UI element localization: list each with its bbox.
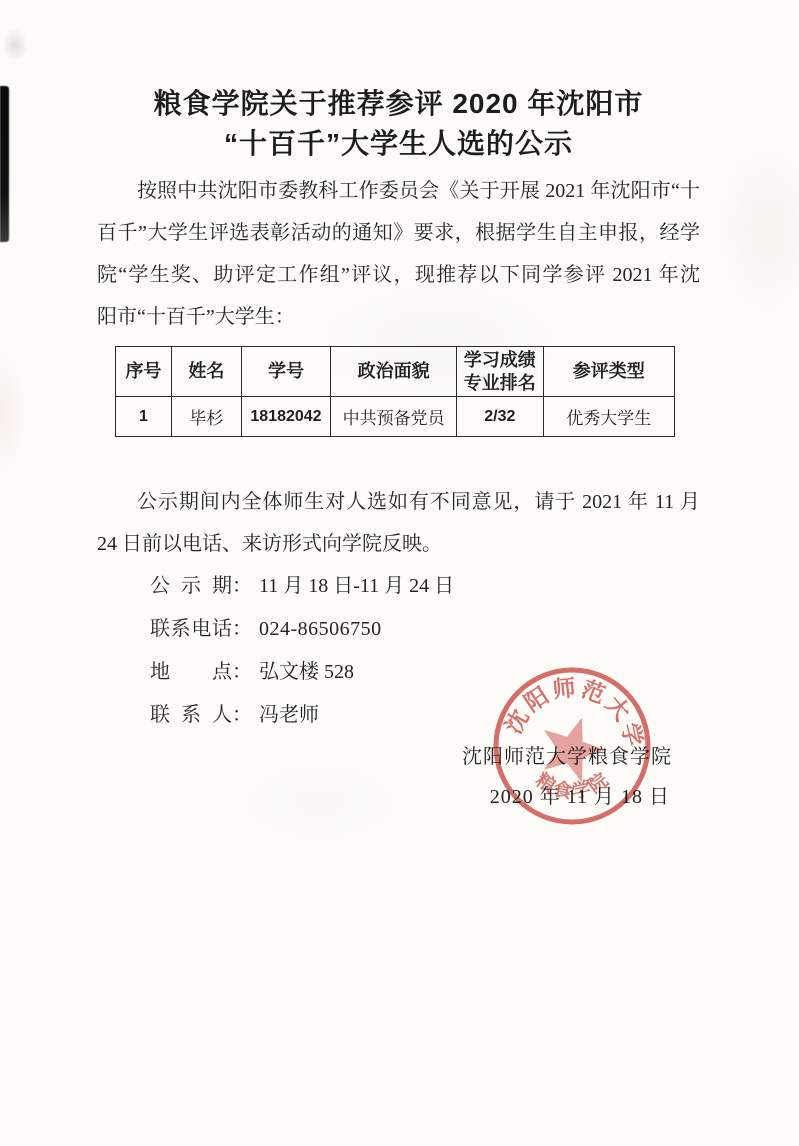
cell-rank: 2/32 <box>456 397 543 437</box>
signature-block: 沈阳师范大学粮食学院 2020 年 11 月 18 日 <box>97 737 700 817</box>
colon: ： <box>232 618 252 640</box>
table-header-row: 序号 姓名 学号 政治面貌 学习成绩 专业排名 参评类型 <box>116 347 675 397</box>
signature-org: 沈阳师范大学粮食学院 <box>97 737 672 777</box>
cell-serial: 1 <box>116 397 172 437</box>
cell-category: 优秀大学生 <box>543 397 674 437</box>
contact-info: 公示期：11 月 18 日-11 月 24 日 联系电话：024-8650675… <box>97 565 700 737</box>
colon: ： <box>232 575 252 597</box>
publicity-period-value: 11 月 18 日-11 月 24 日 <box>259 575 454 597</box>
cell-political-status: 中共预备党员 <box>331 397 457 437</box>
phone-line: 联系电话：024-86506750 <box>97 608 700 651</box>
header-student-id: 学号 <box>241 347 330 397</box>
contact-person-label: 联系人 <box>150 694 232 737</box>
paragraph-line: 公示期间内全体师生对人选如有不同意见，请于 2021 年 11 月 <box>97 481 700 523</box>
cell-student-id: 18182042 <box>241 397 330 437</box>
cell-name: 毕杉 <box>171 397 241 437</box>
paragraph-line: 按照中共沈阳市委教科工作委员会《关于开展 2021 年沈阳市“十 <box>97 170 700 212</box>
candidate-table: 序号 姓名 学号 政治面貌 学习成绩 专业排名 参评类型 1 毕杉 181820… <box>115 346 675 437</box>
location-line: 地点：弘文楼 528 <box>97 651 700 694</box>
paragraph-line: 百千”大学生评选表彰活动的通知》要求，根据学生自主申报，经学 <box>97 212 700 254</box>
header-name: 姓名 <box>171 347 241 397</box>
location-value: 弘文楼 528 <box>259 661 354 683</box>
location-label: 地点 <box>150 651 232 694</box>
notice-paragraph: 公示期间内全体师生对人选如有不同意见，请于 2021 年 11 月 24 日前以… <box>97 481 700 565</box>
signature-date: 2020 年 11 月 18 日 <box>97 777 672 817</box>
document-page: 粮食学院关于推荐参评 2020 年沈阳市 “十百千”大学生人选的公示 按照中共沈… <box>0 0 799 1146</box>
header-political-status: 政治面貌 <box>331 347 457 397</box>
table-row: 1 毕杉 18182042 中共预备党员 2/32 优秀大学生 <box>116 397 675 437</box>
colon: ： <box>232 704 252 726</box>
paragraph-line: 阳市“十百千”大学生： <box>97 296 700 338</box>
title-line-1: 粮食学院关于推荐参评 2020 年沈阳市 <box>97 84 700 124</box>
scan-smudge <box>2 28 28 62</box>
contact-person-line: 联系人：冯老师 <box>97 694 700 737</box>
contact-person-value: 冯老师 <box>259 704 319 726</box>
document-title: 粮食学院关于推荐参评 2020 年沈阳市 “十百千”大学生人选的公示 <box>97 0 700 164</box>
colon: ： <box>232 661 252 683</box>
publicity-period-line: 公示期：11 月 18 日-11 月 24 日 <box>97 565 700 608</box>
phone-label: 联系电话 <box>150 608 232 651</box>
publicity-period-label: 公示期 <box>150 565 232 608</box>
paragraph-line: 24 日前以电话、来访形式向学院反映。 <box>97 523 700 565</box>
header-serial: 序号 <box>116 347 172 397</box>
scan-edge-artifact <box>0 86 9 242</box>
paragraph-line: 院“学生奖、助评定工作组”评议，现推荐以下同学参评 2021 年沈 <box>97 254 700 296</box>
intro-paragraph: 按照中共沈阳市委教科工作委员会《关于开展 2021 年沈阳市“十 百千”大学生评… <box>97 170 700 338</box>
phone-value: 024-86506750 <box>259 618 382 640</box>
header-category: 参评类型 <box>543 347 674 397</box>
title-line-2: “十百千”大学生人选的公示 <box>97 124 700 164</box>
header-rank: 学习成绩 专业排名 <box>456 347 543 397</box>
